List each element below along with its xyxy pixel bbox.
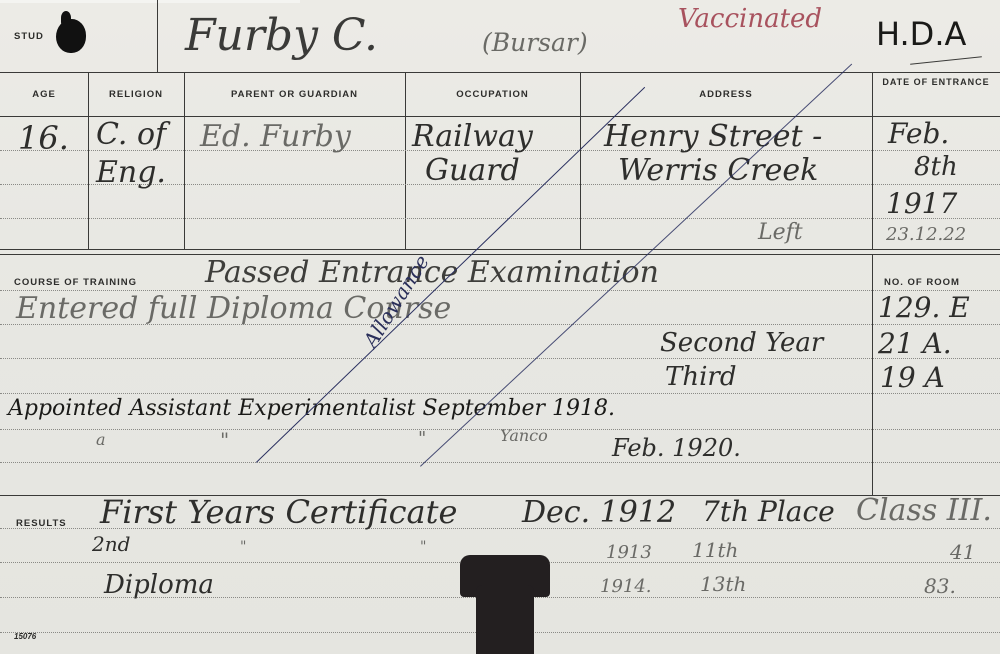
parent-value: Ed. Furby [200,122,351,152]
date-line2: 8th [914,154,958,180]
result-2-place: 11th [692,540,738,560]
result-3-place: 13th [700,574,746,594]
initials: H.D.A [876,18,966,50]
header-religion: RELIGION [88,88,184,101]
result-2-date: 1913 [606,544,652,562]
occupation-line1: Railway [412,122,533,152]
header-top-rule [0,72,1000,73]
religion-line1: C. of [96,120,166,150]
result-2-ditto: " [240,540,246,554]
result-1-place: 7th Place [702,498,835,526]
result-2-class: 41 [950,542,975,562]
religion-line2: Eng. [96,158,166,188]
col-divider [872,72,873,250]
section-double-rule-top [0,249,1000,250]
header-date-of-entrance: DATE OF ENTRANCE [872,76,1000,89]
address-line2: Werris Creek [618,156,818,186]
appointment-ditto-2: " [418,430,426,448]
course-label: COURSE OF TRAINING [14,276,137,289]
result-2-ditto-b: " [420,540,426,554]
header-parent: PARENT OR GUARDIAN [184,88,405,101]
header-address: ADDRESS [580,88,872,101]
age-value: 16. [18,122,69,154]
occupation-line2: Guard [425,156,520,186]
student-record-card: STUD Furby C. (Bursar) Vaccinated H.D.A … [0,0,1000,654]
result-3-date: 1914. [600,578,652,596]
student-label: STUD [14,30,44,43]
date-left: 23.12.22 [886,226,966,244]
card-top-edge [0,0,300,3]
punch-hole-icon [56,19,86,53]
initials-underline [910,56,982,65]
date-line1: Feb. [888,120,949,148]
result-1-class: Class III. [856,496,992,526]
student-name: Furby C. [185,14,378,58]
student-note: (Bursar) [482,30,588,55]
header-age: AGE [0,88,88,101]
date-line3: 1917 [886,190,957,218]
vaccinated-note: Vaccinated [678,6,822,32]
card-number: 15076 [14,632,36,641]
punch-hole-bottom-icon [460,555,550,654]
row-rule [0,393,1000,394]
room-1: 129. E [878,294,970,322]
room-3: 19 A [880,364,945,392]
row-rule [0,462,1000,463]
student-divider [157,0,158,72]
address-left-note: Left [758,222,803,244]
appointment-sub-mark: a [96,432,106,448]
address-line1: Henry Street - [604,122,822,152]
appointment-place: Yanco [500,428,548,444]
room-label: NO. OF ROOM [884,276,960,289]
result-1-desc: First Years Certificate [100,496,457,528]
room-2: 21 A. [878,330,952,358]
course-line-4: Third [665,364,736,390]
row-rule [0,358,1000,359]
result-3-desc: Diploma [104,572,214,598]
result-2-desc: 2nd [92,534,130,554]
course-line-3: Second Year [660,330,823,356]
appointment-date: Feb. 1920. [612,436,741,460]
result-1-date: Dec. 1912 [522,498,676,528]
header-occupation: OCCUPATION [405,88,580,101]
row-rule [0,218,1000,219]
appointment-ditto: " [220,430,229,450]
result-3-class: 83. [924,576,956,596]
